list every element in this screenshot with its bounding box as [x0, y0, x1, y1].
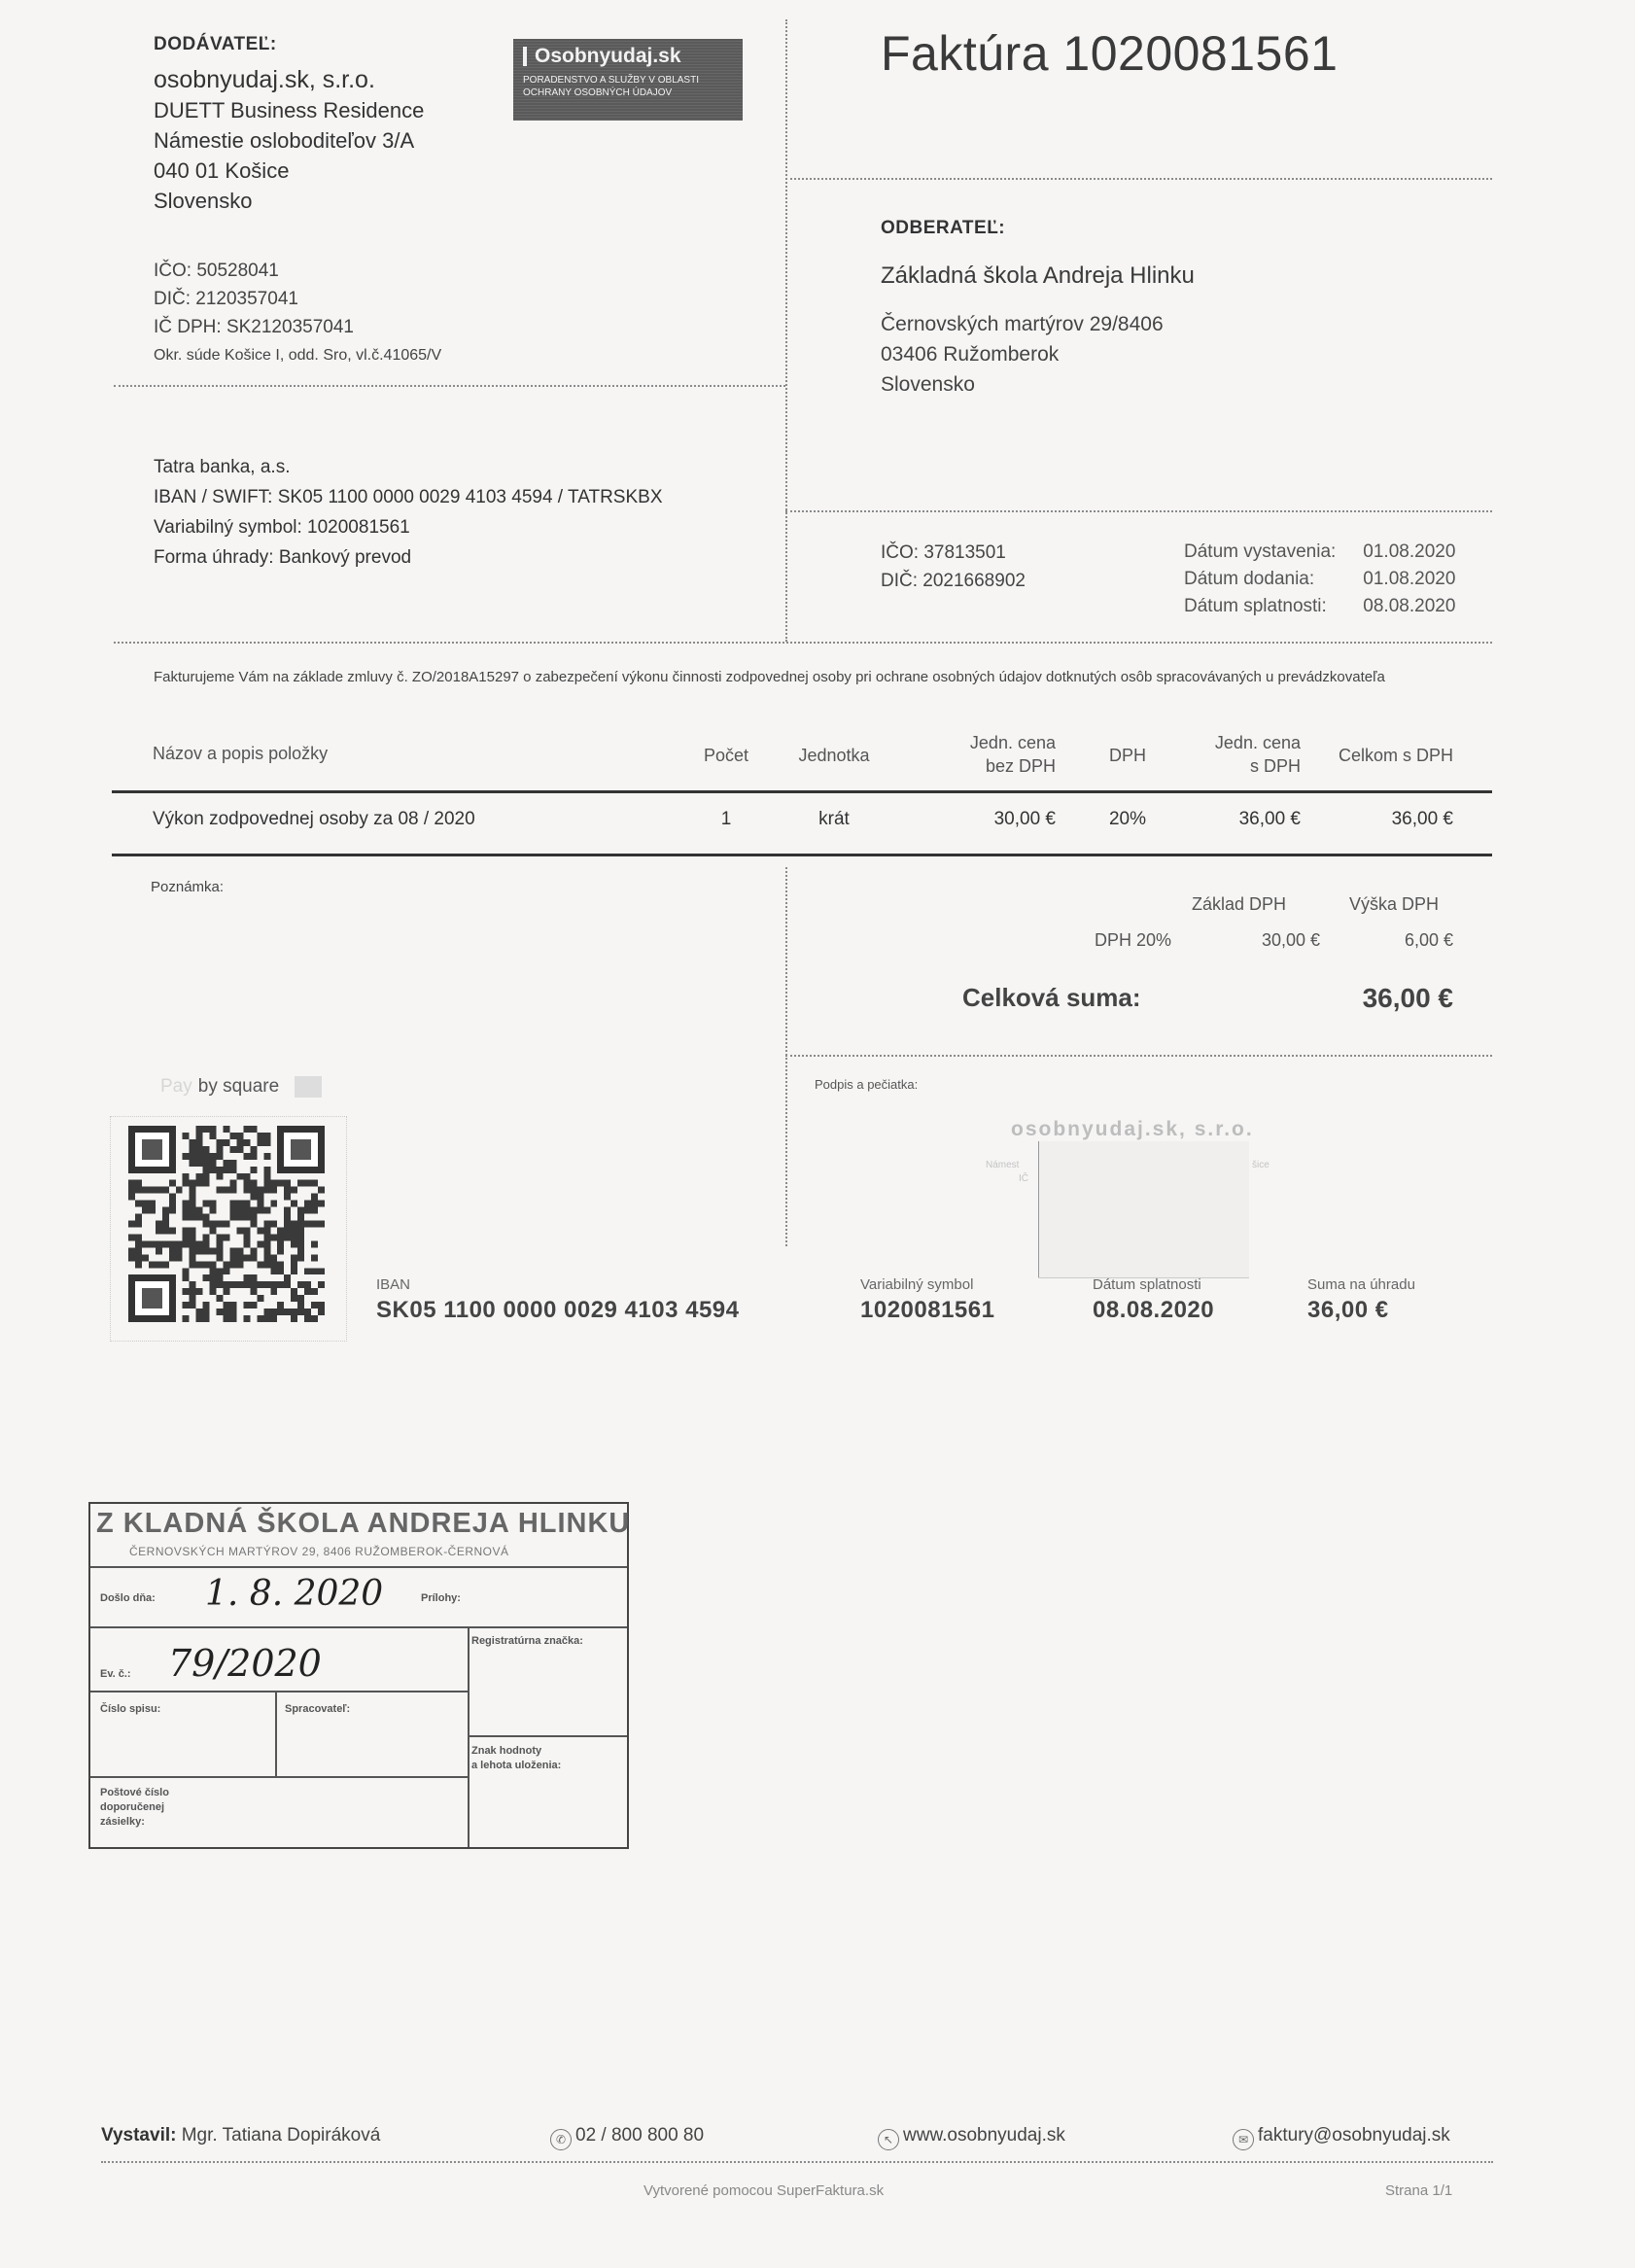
value-mark-label: Znak hodnoty a lehota uloženia: [471, 1744, 561, 1773]
stamp-line [468, 1735, 627, 1737]
vs-label: Variabilný symbol [860, 1276, 973, 1293]
logo-brand: Osobnyudaj.sk [535, 45, 681, 68]
total-value: 36,00 € [1293, 983, 1453, 1014]
supplier-block: DODÁVATEĽ: osobnyudaj.sk, s.r.o. DUETT B… [154, 29, 424, 216]
customer-name: Základná škola Andreja Hlinku [881, 262, 1195, 290]
divider [785, 510, 1492, 512]
supplier-address-line: Námestie osloboditeľov 3/A [154, 125, 424, 156]
record-no-label: Ev. č.: [100, 1667, 131, 1682]
due-date-label: Dátum splatnosti [1093, 1276, 1201, 1293]
label-line: doporučenej [100, 1800, 169, 1815]
envelope-icon: ✉ [1233, 2129, 1254, 2150]
supplier-label: DODÁVATEĽ: [154, 29, 424, 59]
vs-value: 1020081561 [860, 1297, 994, 1324]
header-line: Jedn. cena [1186, 731, 1301, 754]
invoice-dates: Dátum vystavenia:01.08.2020 Dátum dodani… [1184, 539, 1455, 620]
divider [785, 1055, 1492, 1057]
registry-mark-label: Registratúrna značka: [471, 1634, 583, 1649]
vat-base-header: Základ DPH [1192, 894, 1286, 915]
date-value: 01.08.2020 [1336, 566, 1455, 593]
date-row: Dátum splatnosti:08.08.2020 [1184, 593, 1455, 620]
phone-icon: ✆ [550, 2129, 572, 2150]
invoice-title: Faktúra 1020081561 [881, 25, 1338, 82]
vat-amount-value: 6,00 € [1361, 930, 1453, 951]
issued-by: Vystavil: Mgr. Tatiana Dopiráková [101, 2125, 380, 2146]
customer-ids: IČO: 37813501 DIČ: 2021668902 [881, 539, 1026, 595]
due-date-value: 08.08.2020 [1093, 1297, 1214, 1324]
company-stamp-fragment: IČ [1019, 1173, 1028, 1184]
stamp-line [90, 1776, 468, 1778]
date-row: Dátum dodania:01.08.2020 [1184, 566, 1455, 593]
logo-tagline: ochrany osobných údajov [523, 87, 733, 99]
received-date-handwritten: 1. 8. 2020 [205, 1574, 383, 1614]
label-line: Znak hodnoty [471, 1744, 561, 1759]
customer-address: Černovských martýrov 29/8406 03406 Ružom… [881, 309, 1164, 400]
header-unit: Jednotka [785, 744, 883, 767]
registry-stamp-subtitle: ČERNOVSKÝCH MARTÝROV 29, 8406 RUŽOMBEROK… [129, 1545, 509, 1558]
pay-label-faded: Pay [160, 1076, 192, 1098]
header-vat: DPH [1089, 744, 1166, 767]
stamp-line [90, 1566, 627, 1568]
date-value: 01.08.2020 [1336, 539, 1455, 566]
record-no-handwritten: 79/2020 [168, 1642, 322, 1685]
supplier-ids: IČO: 50528041 DIČ: 2120357041 IČ DPH: SK… [154, 257, 441, 369]
registry-stamp: Z KLADNÁ ŠKOLA ANDREJA HLINKU ČERNOVSKÝC… [88, 1502, 629, 1849]
total-label: Celková suma: [962, 983, 1141, 1013]
date-label: Dátum splatnosti: [1184, 593, 1336, 620]
qr-code-icon [128, 1126, 325, 1322]
supplier-address-line: DUETT Business Residence [154, 95, 424, 125]
iban-label: IBAN [376, 1276, 410, 1293]
issued-by-name: Mgr. Tatiana Dopiráková [182, 2125, 381, 2146]
signature-label: Podpis a pečiatka: [815, 1077, 918, 1092]
table-rule [112, 854, 1492, 856]
stamp-line [90, 1691, 468, 1692]
supplier-ic-dph: IČ DPH: SK2120357041 [154, 313, 441, 341]
header-unit-price-net: Jedn. cena bez DPH [933, 731, 1056, 778]
header-total: Celkom s DPH [1307, 744, 1453, 767]
item-unit-price-net: 30,00 € [933, 809, 1056, 830]
pay-label: by square [198, 1076, 279, 1098]
vat-rate-label: DPH 20% [1095, 930, 1171, 951]
supplier-dic: DIČ: 2120357041 [154, 285, 441, 313]
item-name: Výkon zodpovednej osoby za 08 / 2020 [153, 809, 475, 830]
postal-no-label: Poštové číslo doporučenej zásielky: [100, 1786, 169, 1830]
amount-due-value: 36,00 € [1307, 1297, 1389, 1324]
supplier-address-line: Slovensko [154, 186, 424, 216]
bank-variable-symbol: Variabilný symbol: 1020081561 [154, 512, 663, 542]
covering-sticker [1038, 1141, 1249, 1277]
item-total: 36,00 € [1307, 809, 1453, 830]
logo-mark-icon [523, 47, 527, 66]
divider [114, 642, 1492, 644]
customer-dic: DIČ: 2021668902 [881, 567, 1026, 595]
header-count: Počet [692, 744, 760, 767]
note-label: Poznámka: [151, 879, 224, 895]
customer-address-line: Slovensko [881, 369, 1164, 400]
stamp-line [90, 1626, 627, 1628]
registry-stamp-title: Z KLADNÁ ŠKOLA ANDREJA HLINKU [96, 1508, 630, 1540]
vertical-divider [785, 19, 787, 642]
company-stamp-fragment: šice [1252, 1160, 1270, 1170]
header-unit-price-gross: Jedn. cena s DPH [1186, 731, 1301, 778]
customer-label: ODBERATEĽ: [881, 218, 1005, 239]
date-label: Dátum vystavenia: [1184, 539, 1336, 566]
cursor-icon: ↖ [878, 2129, 899, 2150]
customer-ico: IČO: 37813501 [881, 539, 1026, 567]
divider [114, 385, 785, 387]
table-rule [112, 790, 1492, 793]
processor-label: Spracovateľ: [285, 1702, 350, 1717]
phone-number: 02 / 800 800 80 [575, 2125, 704, 2146]
logo-tagline: Poradenstvo a služby v oblasti [523, 74, 733, 87]
issued-by-label: Vystavil: [101, 2125, 176, 2146]
date-label: Dátum dodania: [1184, 566, 1336, 593]
file-no-label: Číslo spisu: [100, 1702, 160, 1717]
item-unit-price-gross: 36,00 € [1186, 809, 1301, 830]
supplier-ico: IČO: 50528041 [154, 257, 441, 285]
customer-address-line: Černovských martýrov 29/8406 [881, 309, 1164, 339]
footer-phone: ✆02 / 800 800 80 [550, 2125, 704, 2150]
generator-note: Vytvorené pomocou SuperFaktura.sk [644, 2182, 884, 2199]
email-link[interactable]: faktury@osobnyudaj.sk [1258, 2125, 1450, 2146]
bank-details: Tatra banka, a.s. IBAN / SWIFT: SK05 110… [154, 452, 663, 573]
page-number: Strana 1/1 [1385, 2182, 1452, 2199]
label-line: Poštové číslo [100, 1786, 169, 1800]
customer-address-line: 03406 Ružomberok [881, 339, 1164, 369]
iban-value: SK05 1100 0000 0029 4103 4594 [376, 1297, 740, 1324]
pay-by-square-label: Pay by square [160, 1076, 322, 1098]
company-stamp-fragment: Námest [986, 1160, 1019, 1170]
date-row: Dátum vystavenia:01.08.2020 [1184, 539, 1455, 566]
date-value: 08.08.2020 [1336, 593, 1455, 620]
supplier-name: osobnyudaj.sk, s.r.o. [154, 65, 424, 95]
header-line: Jedn. cena [933, 731, 1056, 754]
supplier-address-line: 040 01 Košice [154, 156, 424, 186]
header-line: bez DPH [933, 754, 1056, 778]
divider [785, 178, 1492, 180]
vertical-divider [785, 867, 787, 1246]
bank-payment-method: Forma úhrady: Bankový prevod [154, 542, 663, 573]
footer-email: ✉faktury@osobnyudaj.sk [1233, 2125, 1450, 2150]
header-line: s DPH [1186, 754, 1301, 778]
vat-amount-header: Výška DPH [1349, 894, 1439, 915]
item-vat: 20% [1089, 809, 1166, 830]
card-icon [295, 1076, 322, 1098]
amount-due-label: Suma na úhradu [1307, 1276, 1415, 1293]
stamp-line [275, 1691, 277, 1776]
item-unit: krát [785, 809, 883, 830]
vat-base-value: 30,00 € [1205, 930, 1320, 951]
item-count: 1 [692, 809, 760, 830]
label-line: a lehota uloženia: [471, 1759, 561, 1773]
header-name: Názov a popis položky [153, 742, 328, 765]
company-logo: Osobnyudaj.sk Poradenstvo a služby v obl… [513, 39, 743, 121]
divider [101, 2161, 1493, 2163]
label-line: zásielky: [100, 1815, 169, 1830]
received-label: Došlo dňa: [100, 1591, 156, 1606]
supplier-registration: Okr. súde Košice I, odd. Sro, vl.č.41065… [154, 341, 441, 369]
invoice-intro-text: Fakturujeme Vám na základe zmluvy č. ZO/… [154, 668, 1408, 687]
website-link[interactable]: www.osobnyudaj.sk [903, 2125, 1065, 2146]
bank-iban-swift: IBAN / SWIFT: SK05 1100 0000 0029 4103 4… [154, 482, 663, 512]
company-stamp-text: osobnyudaj.sk, s.r.o. [1011, 1118, 1254, 1141]
bank-name: Tatra banka, a.s. [154, 452, 663, 482]
footer-website: ↖www.osobnyudaj.sk [878, 2125, 1065, 2150]
attachments-label: Prílohy: [421, 1591, 461, 1606]
